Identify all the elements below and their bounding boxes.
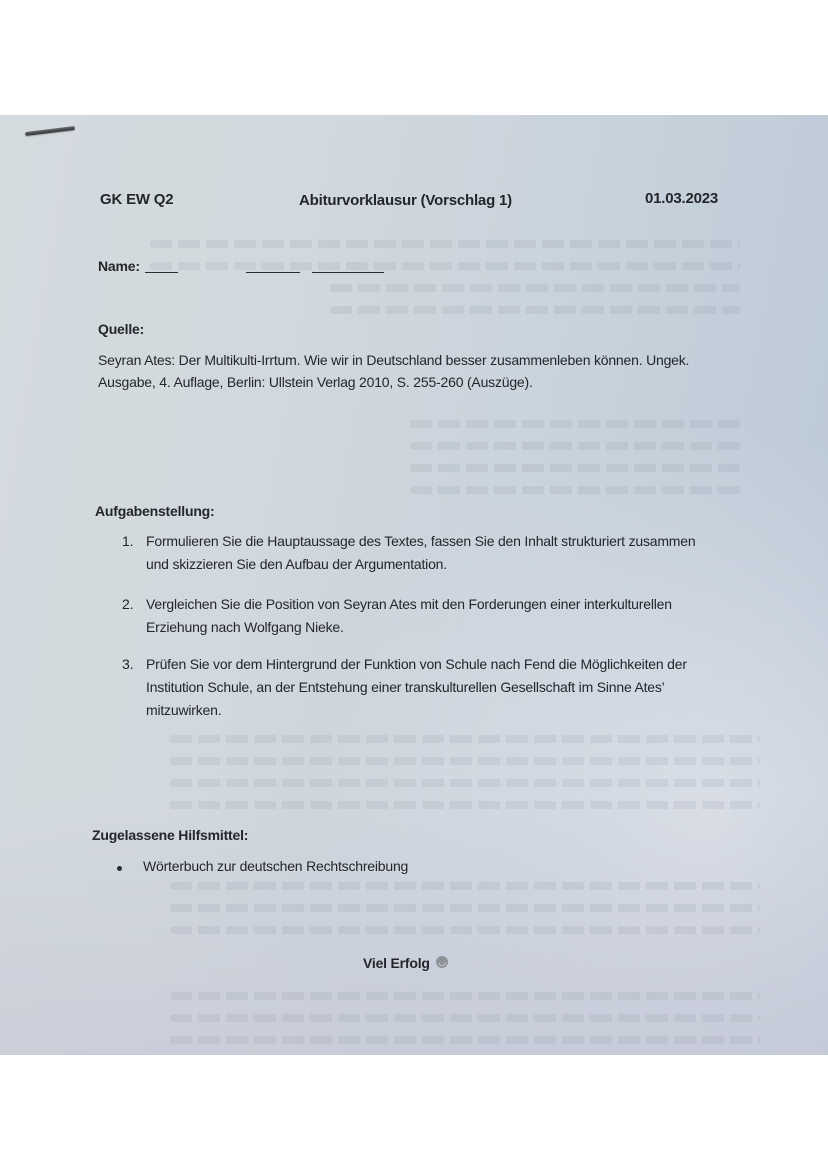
exam-date: 01.03.2023 — [645, 190, 718, 207]
name-blank — [312, 272, 384, 273]
task-text-line: Institution Schule, an der Entstehung ei… — [146, 679, 665, 695]
source-citation-line: Ausgabe, 4. Auflage, Berlin: Ullstein Ve… — [98, 374, 533, 390]
name-blank — [246, 272, 300, 273]
smiley-icon: ◡ — [436, 956, 448, 968]
aid-item-text: Wörterbuch zur deutschen Rechtschreibung — [143, 858, 408, 874]
course-label: GK EW Q2 — [100, 191, 173, 208]
closing-message: Viel Erfolg — [363, 955, 430, 971]
task-number: 1. — [122, 533, 133, 549]
task-text-line: Vergleichen Sie die Position von Seyran … — [146, 596, 672, 612]
task-text-line: Prüfen Sie vor dem Hintergrund der Funkt… — [146, 656, 687, 672]
task-number: 2. — [122, 596, 133, 612]
task-text-line: Erziehung nach Wolfgang Nieke. — [146, 619, 344, 635]
task-text-line: Formulieren Sie die Hauptaussage des Tex… — [146, 533, 695, 549]
aids-heading: Zugelassene Hilfsmittel: — [92, 827, 248, 843]
source-heading: Quelle: — [98, 321, 144, 337]
tasks-heading: Aufgabenstellung: — [95, 503, 214, 519]
exam-sheet-photo — [0, 115, 828, 1055]
exam-title: Abiturvorklausur (Vorschlag 1) — [299, 192, 512, 209]
name-blank — [145, 272, 178, 273]
task-text-line: mitzuwirken. — [146, 702, 221, 718]
task-number: 3. — [122, 656, 133, 672]
task-text-line: und skizzieren Sie den Aufbau der Argume… — [146, 556, 447, 572]
name-label: Name: — [98, 258, 140, 274]
bullet-icon — [117, 866, 122, 871]
source-citation-line: Seyran Ates: Der Multikulti-Irrtum. Wie … — [98, 352, 689, 368]
